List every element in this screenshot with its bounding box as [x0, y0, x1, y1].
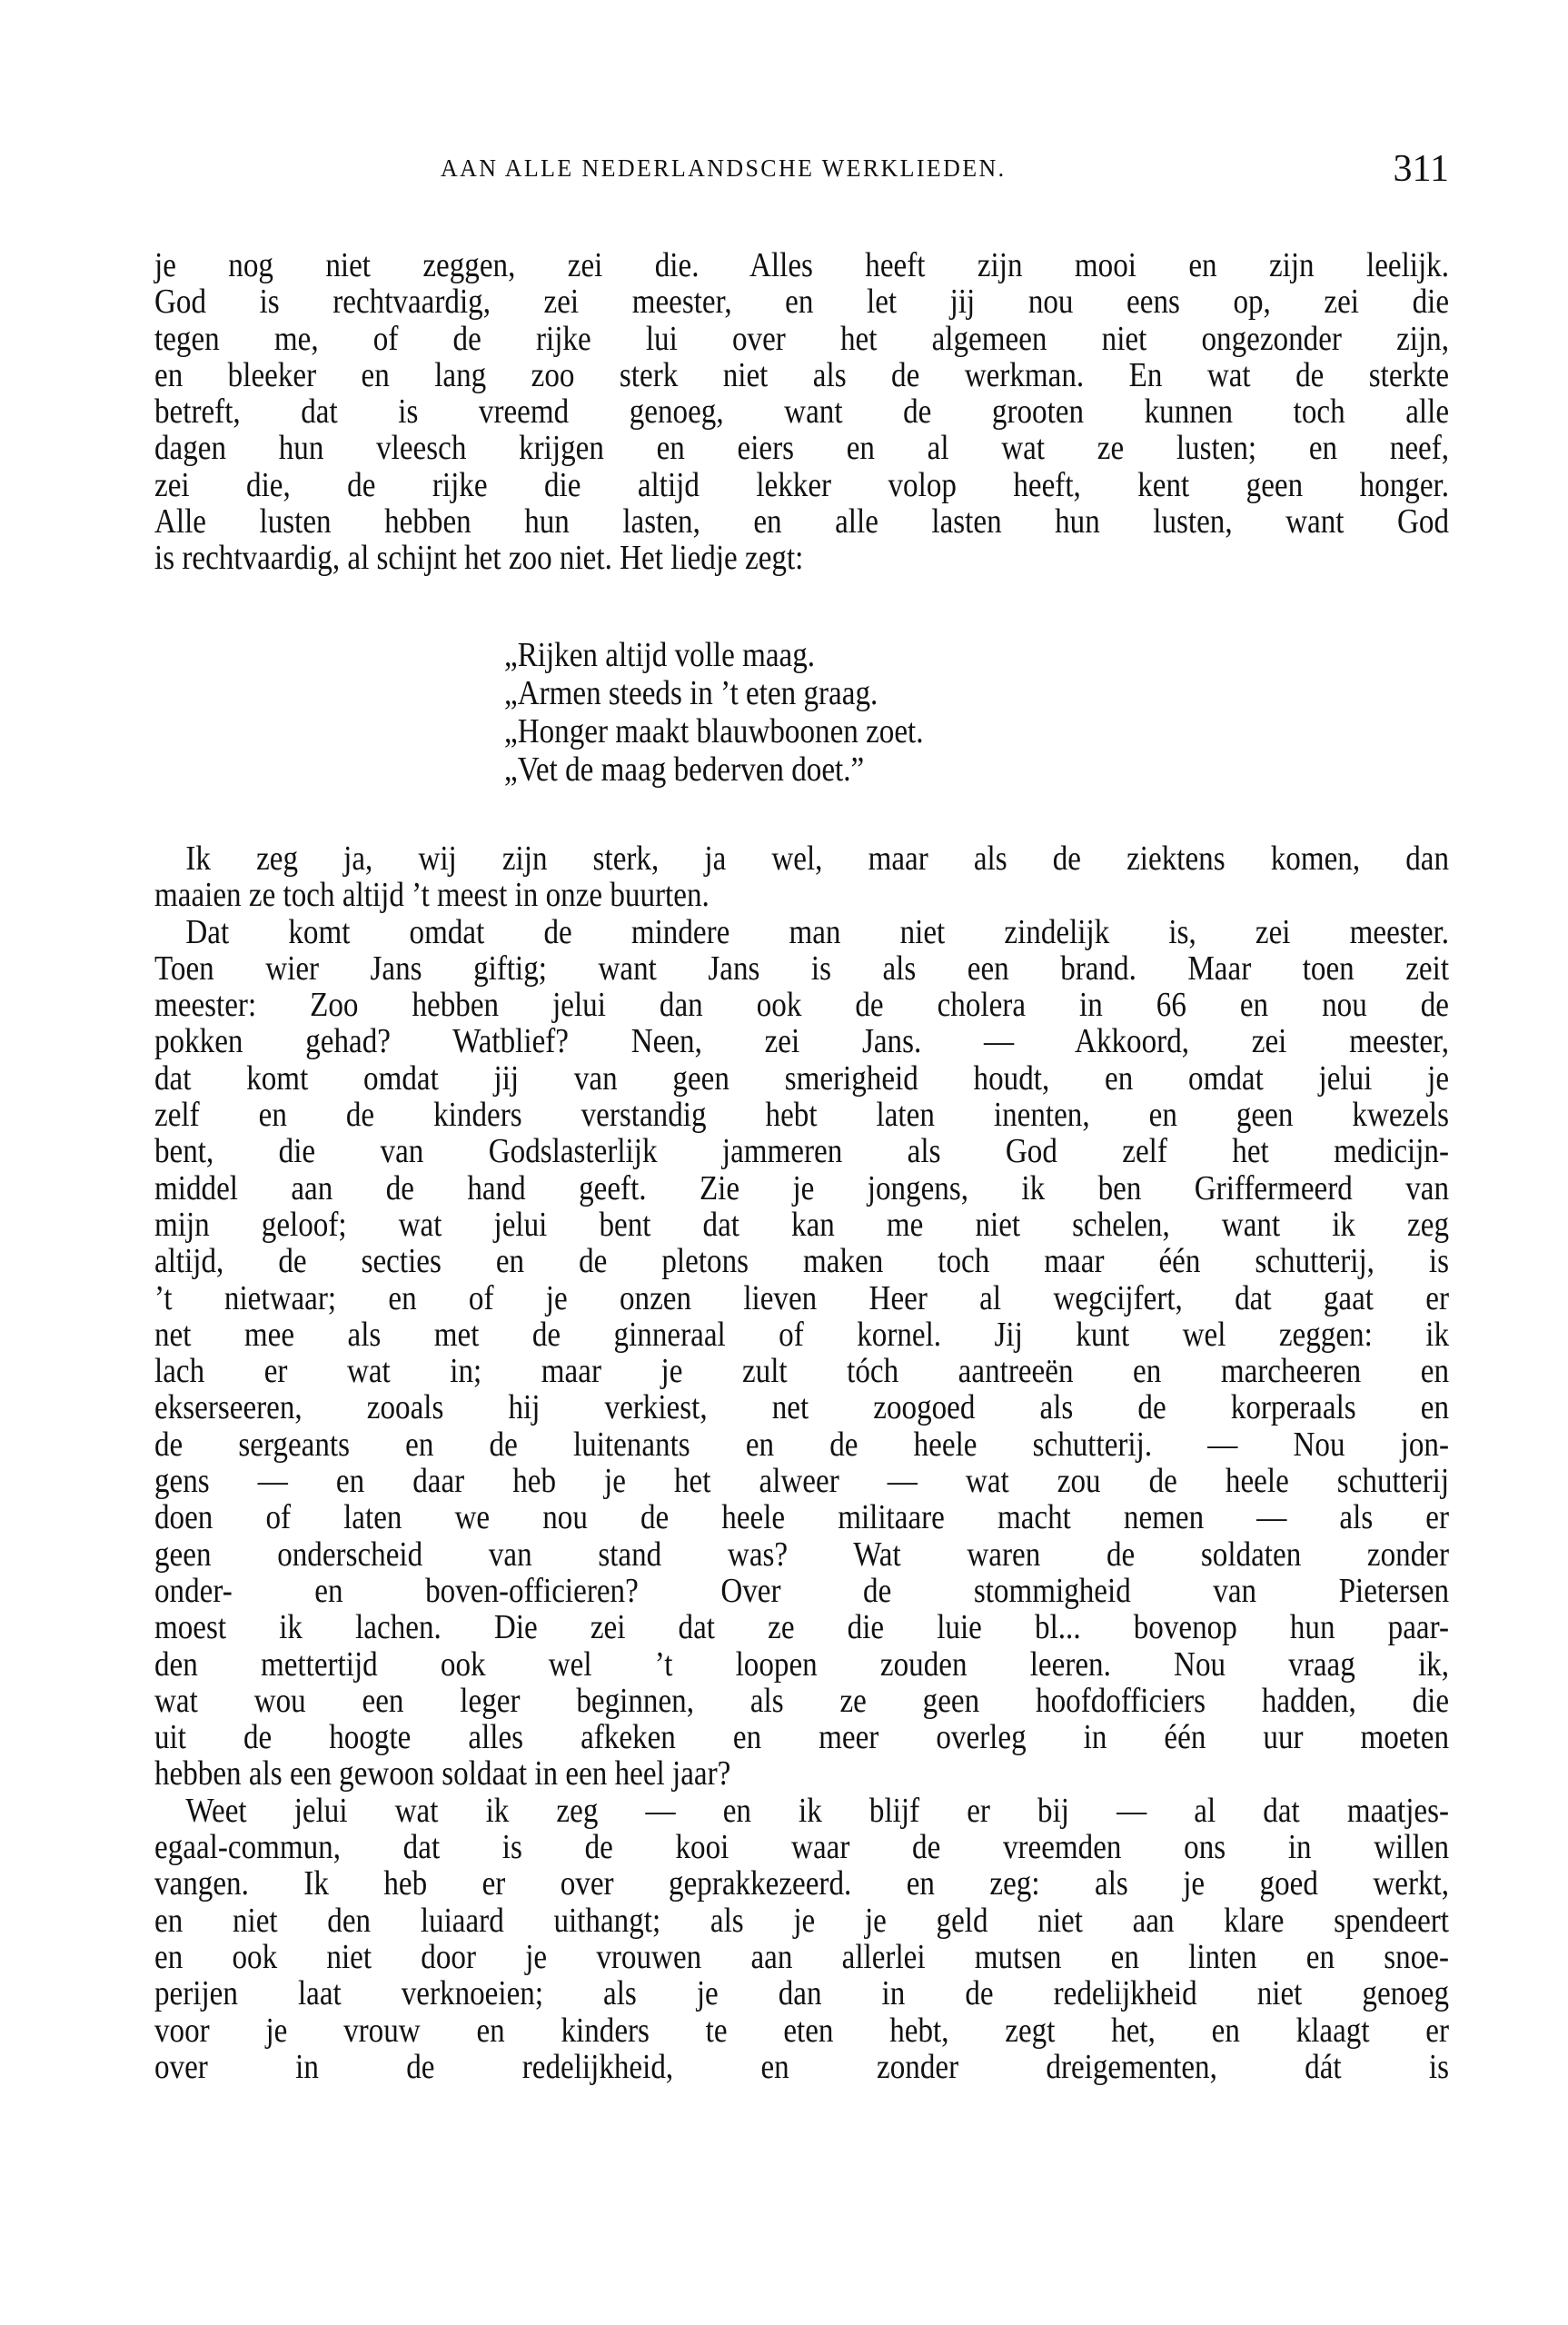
text-line: en bleeker en lang zoo sterk niet als de… [154, 357, 1449, 393]
text-line: Alle lusten hebben hun lasten, en alle l… [154, 503, 1449, 540]
text-line: mijn geloof; wat jelui bent dat kan me n… [154, 1207, 1449, 1243]
text-line: over in de redelijkheid, en zonder dreig… [154, 2049, 1449, 2085]
text-line: wat wou een leger beginnen, als ze geen … [154, 1683, 1449, 1719]
text-line: ’t nietwaar; en of je onzen lieven Heer … [154, 1280, 1449, 1317]
verse-line: „Armen steeds in ’t eten graag. [504, 674, 924, 712]
text-line: God is rechtvaardig, zei meester, en let… [154, 283, 1449, 320]
text-line: bent, die van Godslasterlijk jammeren al… [154, 1133, 1449, 1169]
text-line: betreft, dat is vreemd genoeg, want de g… [154, 393, 1449, 430]
text-line: onder- en boven-officieren? Over de stom… [154, 1573, 1449, 1609]
text-line: vangen. Ik heb er over geprakkezeerd. en… [154, 1865, 1449, 1902]
text-line: zelf en de kinders verstandig hebt laten… [154, 1097, 1449, 1133]
text-line: den mettertijd ook wel ’t loopen zouden … [154, 1646, 1449, 1683]
text-line: moest ik lachen. Die zei dat ze die luie… [154, 1609, 1449, 1645]
text-line: en ook niet door je vrouwen aan allerlei… [154, 1939, 1449, 1975]
verse-line: „Honger maakt blauwboonen zoet. [504, 712, 924, 750]
text-line: Toen wier Jans giftig; want Jans is als … [154, 950, 1449, 987]
text-line: uit de hoogte alles afkeken en meer over… [154, 1719, 1449, 1755]
paragraph-3: Dat komt omdat de mindere man niet zinde… [154, 914, 1449, 1793]
text-line: middel aan de hand geeft. Zie je jongens… [154, 1170, 1449, 1207]
text-line: en niet den luiaard uithangt; als je je … [154, 1903, 1449, 1939]
text-line: egaal-commun, dat is de kooi waar de vre… [154, 1829, 1449, 1865]
text-line: hebben als een gewoon soldaat in een hee… [154, 1755, 1449, 1792]
text-line: perijen laat verknoeien; als je dan in d… [154, 1975, 1449, 2012]
text-line: gens — en daar heb je het alweer — wat z… [154, 1463, 1449, 1499]
text-line: net mee als met de ginneraal of kornel. … [154, 1317, 1449, 1353]
text-line: voor je vrouw en kinders te eten hebt, z… [154, 2012, 1449, 2049]
running-head: AAN ALLE NEDERLANDSCHE WERKLIEDEN. 311 [154, 145, 1449, 191]
paragraph-2: Ik zeg ja, wij zijn sterk, ja wel, maar … [154, 840, 1449, 914]
text-line: doen of laten we nou de heele militaare … [154, 1499, 1449, 1535]
text-line: lach er wat in; maar je zult tóch aantre… [154, 1353, 1449, 1389]
paragraph-4: Weet jelui wat ik zeg — en ik blijf er b… [154, 1793, 1449, 2085]
verse-line: „Rijken altijd volle maag. [504, 636, 924, 674]
text-line: dat komt omdat jij van geen smerigheid h… [154, 1060, 1449, 1097]
text-line: zei die, de rijke die altijd lekker volo… [154, 467, 1449, 503]
verse-line: „Vet de maag bederven doet.” [504, 750, 924, 789]
verse-block: „Rijken altijd volle maag. „Armen steeds… [504, 636, 992, 789]
book-page: AAN ALLE NEDERLANDSCHE WERKLIEDEN. 311 j… [0, 0, 1568, 2325]
text-line: meester: Zoo hebben jelui dan ook de cho… [154, 987, 1449, 1023]
paragraph-1: je nog niet zeggen, zei die. Alles heeft… [154, 247, 1449, 577]
text-line: dagen hun vleesch krijgen en eiers en al… [154, 430, 1449, 466]
running-title: AAN ALLE NEDERLANDSCHE WERKLIEDEN. [441, 154, 1007, 183]
page-number: 311 [1394, 147, 1449, 191]
text-line: Weet jelui wat ik zeg — en ik blijf er b… [154, 1793, 1449, 1829]
text-line: Dat komt omdat de mindere man niet zinde… [154, 914, 1449, 950]
text-line: pokken gehad? Watblief? Neen, zei Jans. … [154, 1023, 1449, 1059]
text-line: tegen me, of de rijke lui over het algem… [154, 321, 1449, 357]
text-line: altijd, de secties en de pletons maken t… [154, 1243, 1449, 1279]
text-line: maaien ze toch altijd ’t meest in onze b… [154, 877, 1449, 913]
text-line: Ik zeg ja, wij zijn sterk, ja wel, maar … [154, 840, 1449, 877]
text-line: de sergeants en de luitenants en de heel… [154, 1426, 1449, 1463]
text-line: is rechtvaardig, al schijnt het zoo niet… [154, 540, 1449, 576]
main-text: Ik zeg ja, wij zijn sterk, ja wel, maar … [154, 840, 1449, 2085]
text-line: ekserseeren, zooals hij verkiest, net zo… [154, 1389, 1449, 1426]
text-line: geen onderscheid van stand was? Wat ware… [154, 1536, 1449, 1573]
text-line: je nog niet zeggen, zei die. Alles heeft… [154, 247, 1449, 283]
